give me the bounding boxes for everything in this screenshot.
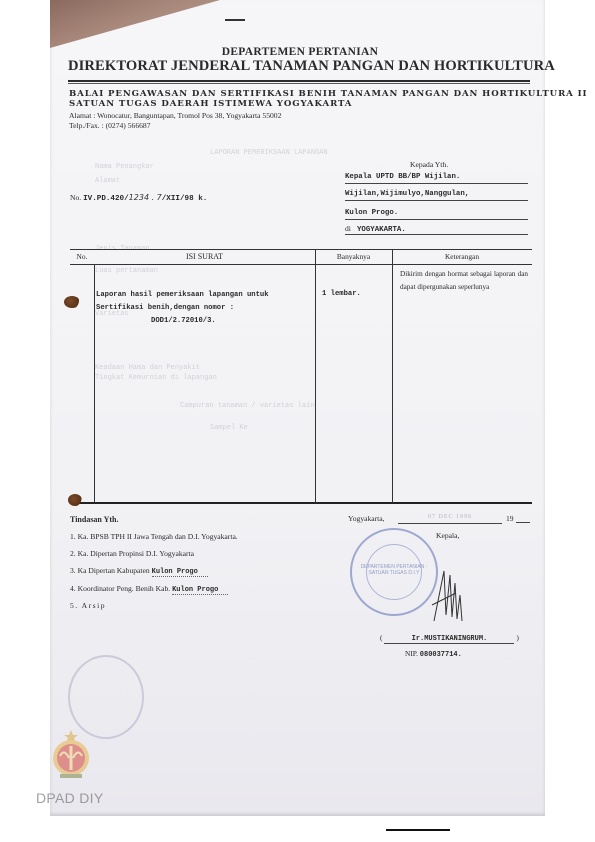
copy-item-text: 2. Ka. Dipertan Propinsi D.I. Yogyakarta bbox=[70, 549, 194, 558]
year-blank bbox=[516, 522, 530, 523]
copy-item: 3. Ka Dipertan Kabupaten Kulon Progo bbox=[70, 566, 208, 576]
copy-item-text: 3. Ka Dipertan Kabupaten bbox=[70, 566, 150, 575]
copy-item-fill: Kulon Progo bbox=[152, 568, 208, 577]
letterhead-rule bbox=[68, 80, 530, 82]
table-divider bbox=[392, 249, 393, 503]
number-suffix: /XII/98 k. bbox=[162, 195, 208, 203]
recipient-line: Kulon Progo. bbox=[345, 208, 528, 220]
handwritten-signature bbox=[430, 565, 464, 623]
copy-item-fill: Kulon Progo bbox=[172, 586, 228, 595]
di-label: di bbox=[345, 224, 351, 233]
stamp-text: DEPARTEMEN PERTANIAN · SATUAN TUGAS D.I.… bbox=[352, 564, 436, 576]
copy-item: 2. Ka. Dipertan Propinsi D.I. Yogyakarta bbox=[70, 549, 194, 558]
faded-stamp bbox=[68, 655, 144, 739]
table-rule bbox=[70, 502, 532, 504]
signer-role: Kepala, bbox=[436, 531, 459, 540]
header-no: No. bbox=[70, 252, 94, 261]
nip-label: NIP. bbox=[405, 649, 418, 658]
table-rule bbox=[70, 264, 532, 265]
year-prefix: 19 bbox=[506, 514, 514, 523]
ghost-line: Alamat bbox=[95, 177, 120, 185]
paren-open: ( bbox=[380, 633, 383, 642]
copy-item: 5. Arsip bbox=[70, 601, 106, 610]
isi-line: DOD1/2.72010/3. bbox=[96, 315, 311, 328]
copy-item: 4. Koordinator Peng. Benih Kab. Kulon Pr… bbox=[70, 584, 228, 594]
ghost-line: Nama Penangkar bbox=[95, 163, 154, 171]
table-rule bbox=[70, 249, 532, 250]
copies-title: Tindasan Yth. bbox=[70, 515, 118, 524]
letter-contents-table: No. ISI SURAT Banyaknya Keterangan Lapor… bbox=[70, 249, 532, 503]
recipient-city-line: YOGYAKARTA. bbox=[345, 223, 528, 235]
header-keterangan: Keterangan bbox=[392, 252, 532, 261]
table-cell-keterangan: Dikirim dengan hormat sebagai laporan da… bbox=[400, 268, 528, 294]
recipient-line: Wijilan,Wijimulyo,Nanggulan, bbox=[345, 189, 528, 201]
yogyakarta-emblem-icon bbox=[50, 728, 92, 780]
isi-line: Sertifikasi benih,dengan nomor : bbox=[96, 302, 311, 315]
copy-item: 1. Ka. BPSB TPH II Jawa Tengah dan D.I. … bbox=[70, 532, 238, 541]
ghost-title: LAPORAN PEMERIKSAAN LAPANGAN bbox=[210, 149, 328, 157]
directorate-heading: DIREKTORAT JENDERAL TANAMAN PANGAN DAN H… bbox=[68, 58, 555, 75]
recipient-city: YOGYAKARTA. bbox=[345, 226, 406, 234]
place: Yogyakarta, bbox=[348, 514, 385, 523]
address: Alamat : Wonocatur, Banguntapan, Tromol … bbox=[69, 111, 281, 120]
scan-mark bbox=[225, 19, 245, 21]
recipient-label: Kepada Yth. bbox=[410, 160, 448, 169]
signer-name: Ir.MUSTIKANINGRUM. bbox=[384, 635, 514, 644]
paper-stain bbox=[64, 296, 80, 308]
number-label: No. bbox=[70, 193, 81, 202]
letterhead-rule-thin bbox=[68, 83, 530, 84]
copy-item-text: 5. Arsip bbox=[70, 601, 106, 610]
scan-mark bbox=[386, 829, 450, 831]
institution-name: BALAI PENGAWASAN DAN SERTIFIKASI BENIH T… bbox=[69, 89, 587, 99]
paren-close: ) bbox=[516, 633, 519, 642]
recipient-line: Kepala UPTD BB/BP Wijilan. bbox=[345, 172, 528, 184]
phone: Telp./Fax. : (0274) 566687 bbox=[69, 121, 151, 130]
number-prefix: IV.PD.420/ bbox=[83, 195, 129, 203]
number-handwritten: 1234 . 7 bbox=[129, 193, 162, 202]
date-stamp: 07 DEC 1998 bbox=[398, 514, 502, 524]
institution-unit: SATUAN TUGAS DAERAH ISTIMEWA YOGYAKARTA bbox=[69, 99, 352, 109]
ministry-heading: DEPARTEMEN PERTANIAN bbox=[60, 46, 540, 58]
paper-stain bbox=[68, 494, 82, 506]
letter-number: No. IV.PD.420/1234 . 7/XII/98 k. bbox=[70, 193, 207, 203]
nip-value: 080037714. bbox=[420, 651, 462, 659]
official-stamp: DEPARTEMEN PERTANIAN · SATUAN TUGAS D.I.… bbox=[350, 528, 438, 616]
signer-nip: NIP. 080037714. bbox=[405, 649, 462, 659]
isi-line: Laporan hasil pemeriksaan lapangan untuk bbox=[96, 289, 311, 302]
signer-name-line: ( Ir.MUSTIKANINGRUM. ) bbox=[380, 633, 519, 644]
table-cell-isi: Laporan hasil pemeriksaan lapangan untuk… bbox=[96, 289, 311, 328]
archive-watermark: DPAD DIY bbox=[36, 790, 104, 806]
copy-item-text: 1. Ka. BPSB TPH II Jawa Tengah dan D.I. … bbox=[70, 532, 238, 541]
table-divider bbox=[94, 264, 95, 503]
table-cell-banyaknya: 1 lembar. bbox=[322, 290, 361, 298]
header-isi-surat: ISI SURAT bbox=[94, 252, 315, 261]
table-divider bbox=[315, 249, 316, 503]
header-banyaknya: Banyaknya bbox=[315, 252, 392, 261]
copy-item-text: 4. Koordinator Peng. Benih Kab. bbox=[70, 584, 170, 593]
